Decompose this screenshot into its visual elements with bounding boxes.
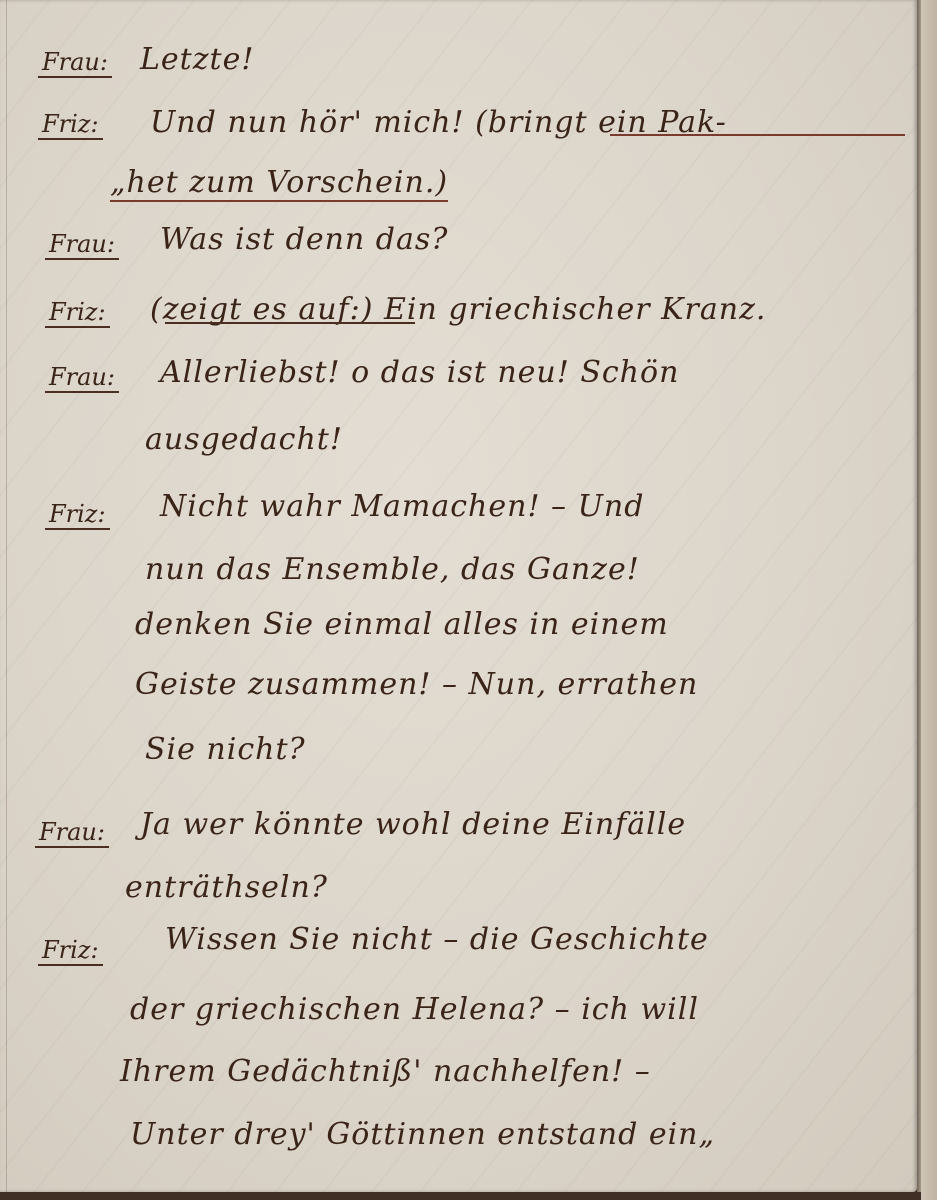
dialogue-line: Ihrem Gedächtniß' nachhelfen! –	[120, 1057, 651, 1087]
dialogue-line: (zeigt es auf:) Ein griechischer Kranz.	[150, 295, 766, 325]
speaker-label-frau: Frau:	[38, 50, 112, 78]
dialogue-line: Sie nicht?	[145, 735, 306, 765]
stage-direction-underline	[165, 322, 415, 324]
speaker-label-friz: Friz:	[38, 938, 103, 966]
dialogue-line: der griechischen Helena? – ich will	[130, 995, 699, 1025]
manuscript-scan: Frau: Letzte! Friz: Und nun hör' mich! (…	[0, 0, 937, 1200]
speaker-label-frau: Frau:	[45, 365, 119, 393]
manuscript-page: Frau: Letzte! Friz: Und nun hör' mich! (…	[0, 0, 917, 1192]
binding-line	[6, 0, 7, 1192]
speaker-label-friz: Friz:	[38, 112, 103, 140]
speaker-label-frau: Frau:	[45, 232, 119, 260]
speaker-label-friz: Friz:	[45, 502, 110, 530]
dialogue-line: Unter drey' Göttinnen entstand ein„	[130, 1120, 715, 1150]
dialogue-line: nun das Ensemble, das Ganze!	[145, 555, 640, 585]
dialogue-line: Ja wer könnte wohl deine Einfälle	[140, 810, 686, 840]
dialogue-line-stage-direction: „het zum Vorschein.)	[110, 168, 448, 202]
speaker-label-friz: Friz:	[45, 300, 110, 328]
dialogue-line: denken Sie einmal alles in einem	[135, 610, 669, 640]
dialogue-line: enträthseln?	[125, 873, 328, 903]
stage-direction-underline	[610, 134, 905, 136]
dialogue-line: Allerliebst! o das ist neu! Schön	[160, 358, 679, 388]
dialogue-line: Nicht wahr Mamachen! – Und	[160, 492, 644, 522]
dialogue-line: Geiste zusammen! – Nun, errathen	[135, 670, 698, 700]
dialogue-line: Letzte!	[140, 45, 254, 75]
underlying-page-edge	[921, 0, 937, 1200]
dialogue-line: Was ist denn das?	[160, 225, 448, 255]
speaker-label-frau: Frau:	[35, 820, 109, 848]
dialogue-line: ausgedacht!	[145, 425, 343, 455]
dialogue-line: Wissen Sie nicht – die Geschichte	[165, 925, 709, 955]
